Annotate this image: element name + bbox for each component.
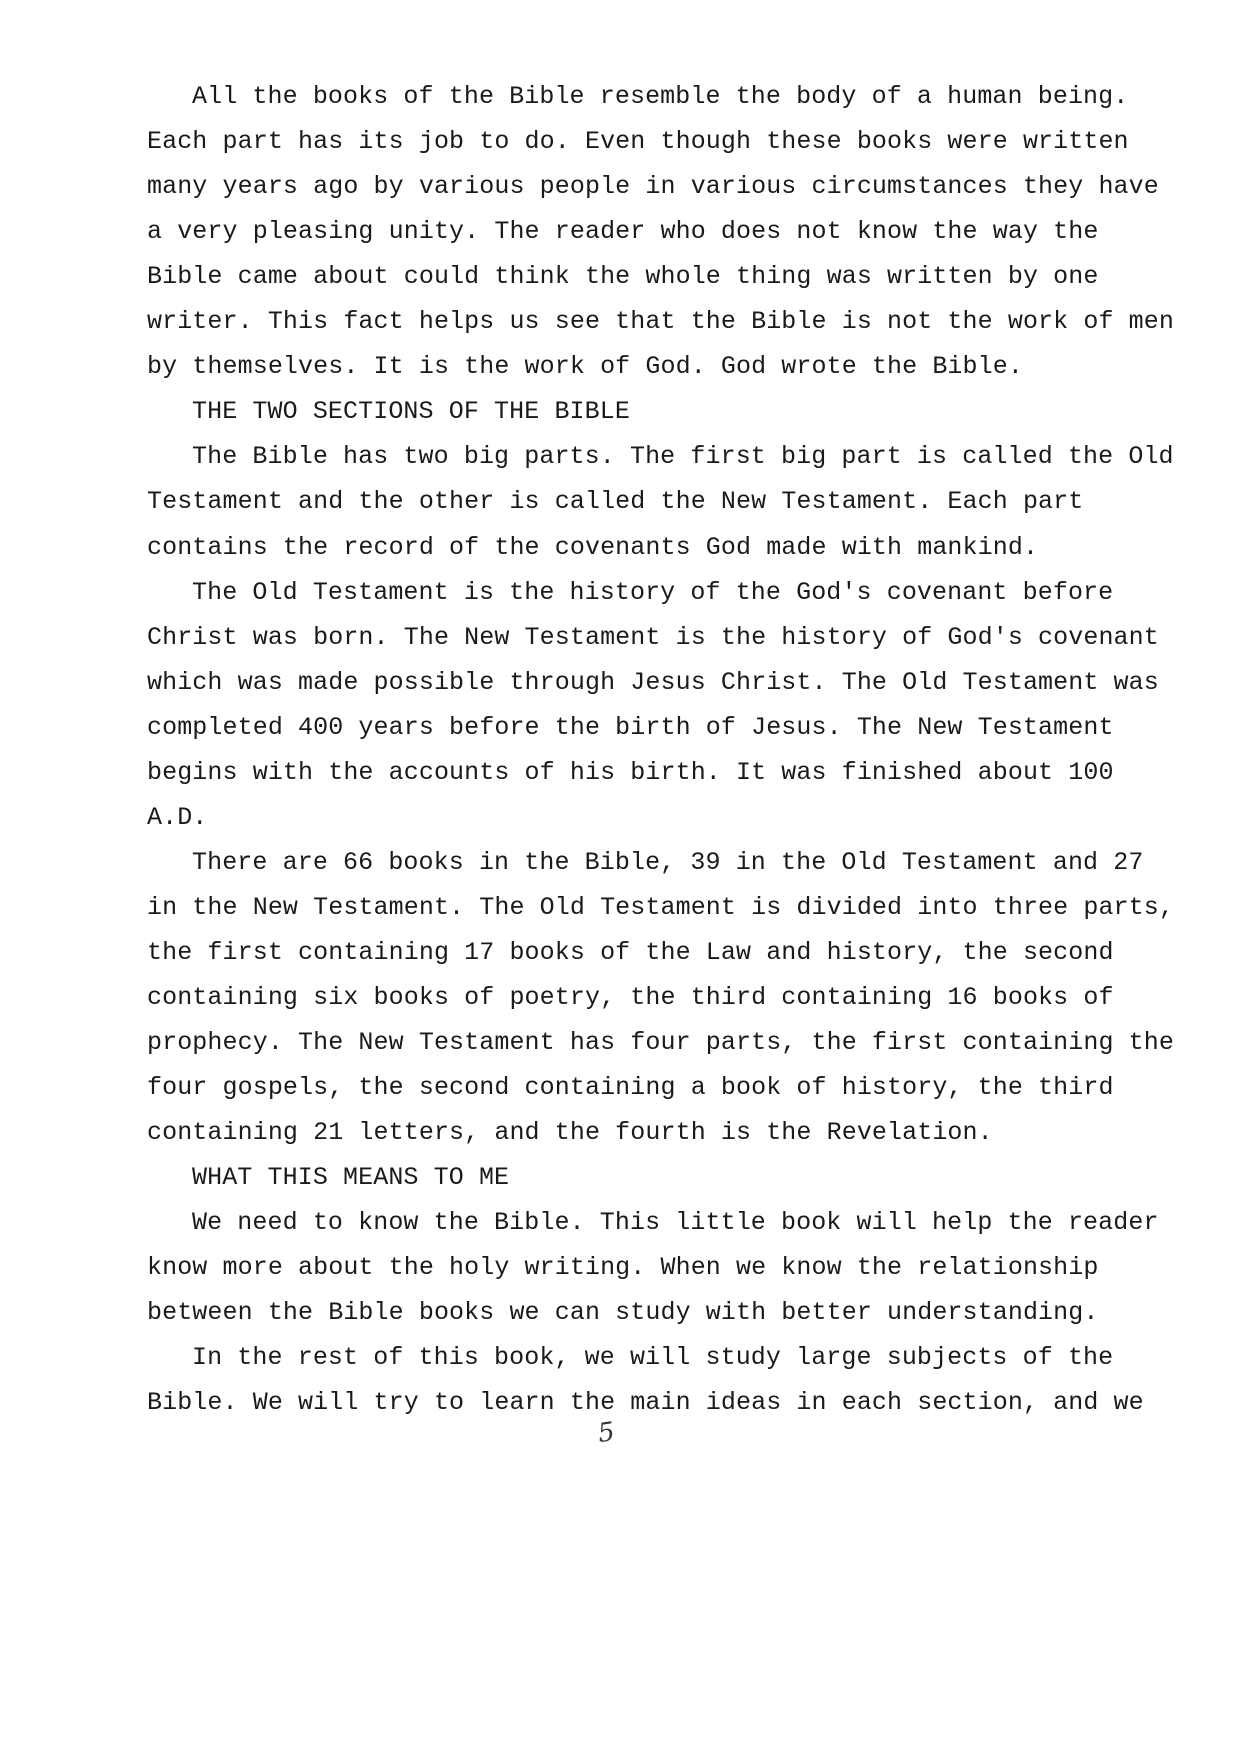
text-line: Each part has its job to do. Even though… [147,127,1129,157]
text-line: four gospels, the second containing a bo… [147,1073,1114,1103]
text-line: Bible came about could think the whole t… [147,262,1098,292]
text-line: The Bible has two big parts. The first b… [192,442,1174,472]
text-line: between the Bible books we can study wit… [147,1298,1098,1328]
text-line: In the rest of this book, we will study … [192,1343,1113,1373]
document-page: All the books of the Bible resemble the … [0,0,1240,1753]
text-line: The Old Testament is the history of the … [192,578,1113,608]
text-line: which was made possible through Jesus Ch… [147,668,1159,698]
text-line: contains the record of the covenants God… [147,533,1038,563]
text-line: containing 21 letters, and the fourth is… [147,1118,993,1148]
text-line: know more about the holy writing. When w… [147,1253,1098,1283]
text-line: Christ was born. The New Testament is th… [147,623,1159,653]
text-line: We need to know the Bible. This little b… [192,1208,1159,1238]
text-line: a very pleasing unity. The reader who do… [147,217,1098,247]
text-line: writer. This fact helps us see that the … [147,307,1174,337]
text-line: Testament and the other is called the Ne… [147,487,1083,517]
text-line: A.D. [147,803,207,833]
text-line: many years ago by various people in vari… [147,172,1159,202]
text-line: All the books of the Bible resemble the … [192,82,1128,112]
text-line: the first containing 17 books of the Law… [147,938,1114,968]
section-heading: THE TWO SECTIONS OF THE BIBLE [192,397,630,427]
text-line: by themselves. It is the work of God. Go… [147,352,1023,382]
text-line: prophecy. The New Testament has four par… [147,1028,1174,1058]
text-line: in the New Testament. The Old Testament … [147,893,1174,923]
section-heading: WHAT THIS MEANS TO ME [192,1163,509,1193]
text-line: containing six books of poetry, the thir… [147,983,1114,1013]
page-number: 5 [596,1417,617,1449]
text-line: Bible. We will try to learn the main ide… [147,1388,1144,1418]
text-line: completed 400 years before the birth of … [147,713,1114,743]
text-line: There are 66 books in the Bible, 39 in t… [192,848,1143,878]
text-line: begins with the accounts of his birth. I… [147,758,1114,788]
